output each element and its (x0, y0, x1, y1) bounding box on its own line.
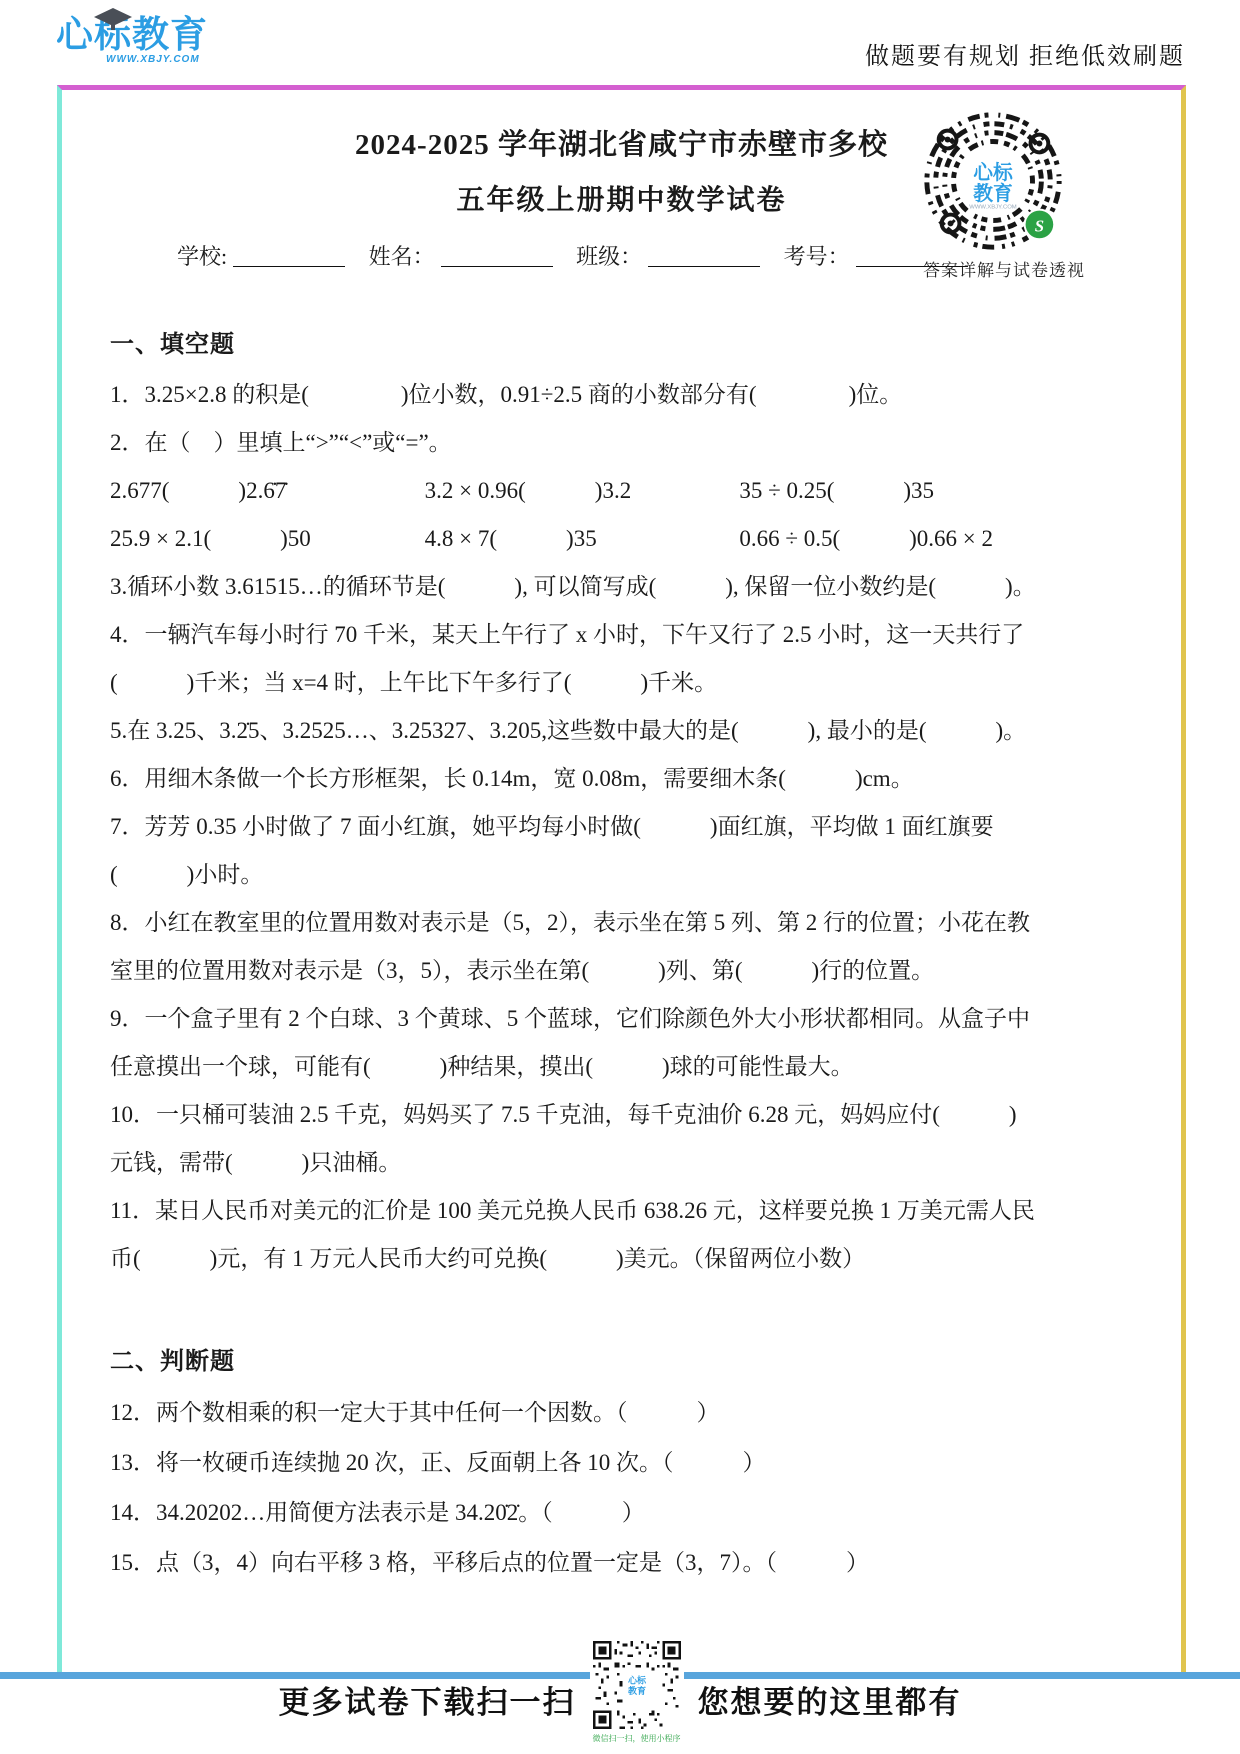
svg-text:心标: 心标 (973, 161, 1014, 184)
brand-logo-text: 心标教育 (56, 16, 276, 53)
question-8-line2: 室里的位置用数对表示是（3，5），表示坐在第( )列、第( )行的位置。 (110, 947, 1041, 995)
compare-item: 25.9 × 2.1( )50 (110, 515, 425, 563)
footer: 更多试卷下载扫一扫 心标 教育 (0, 1680, 1240, 1745)
compare-item: 2.677( )2.6̇7̇ (110, 467, 425, 515)
section-fill-heading: 一、填空题 (110, 324, 1041, 359)
compare-item: 35 ÷ 0.25( )35 (739, 467, 1041, 515)
svg-text:WWW.XBJY.COM: WWW.XBJY.COM (969, 205, 1017, 211)
question-area: 一、填空题 1．3.25×2.8 的积是( )位小数，0.91÷2.5 商的小数… (110, 324, 1041, 1588)
download-qr-code: 心标 教育 微信扫一扫，使用小程序 (590, 1640, 684, 1745)
header-slogan: 做题要有规划 拒绝低效刷题 (865, 36, 1185, 71)
brand-logo: 心标教育 WWW.XBJY.COM (56, 16, 276, 65)
question-9-line2: 任意摸出一个球，可能有( )种结果，摸出( )球的可能性最大。 (110, 1043, 1041, 1091)
svg-text:教育: 教育 (972, 182, 1013, 205)
svg-text:心标: 心标 (626, 1675, 646, 1686)
question-12: 12．两个数相乘的积一定大于其中任何一个因数。（ ） (110, 1388, 1041, 1438)
question-15: 15．点（3，4）向右平移 3 格，平移后点的位置一定是（3，7）。（ ） (110, 1538, 1041, 1588)
section-judge-heading: 二、判断题 (110, 1341, 1041, 1376)
wechat-icon: S (1024, 209, 1056, 241)
question-10-line2: 元钱，需带( )只油桶。 (110, 1139, 1041, 1187)
graduation-cap-icon (92, 7, 134, 36)
exam-page: 心标教育 WWW.XBJY.COM 做题要有规划 拒绝低效刷题 2024-202… (0, 0, 1240, 1754)
question-11-line1: 11．某日人民币对美元的汇价是 100 美元兑换人民币 638.26 元，这样要… (110, 1187, 1041, 1235)
svg-text:S: S (1035, 216, 1044, 235)
class-label: 班级： (576, 244, 642, 269)
compare-item: 3.2 × 0.96( )3.2 (425, 467, 740, 515)
question-5: 5.在 3.25、3.2̇5、3.2525…、3.25327、3.205,这些数… (110, 707, 1041, 755)
name-label: 姓名： (369, 244, 435, 269)
question-4-line2: ( )千米；当 x=4 时，上午比下午多行了( )千米。 (110, 659, 1041, 707)
question-1: 1．3.25×2.8 的积是( )位小数，0.91÷2.5 商的小数部分有( )… (110, 371, 1041, 419)
question-10-line1: 10．一只桶可装油 2.5 千克，妈妈买了 7.5 千克油，每千克油价 6.28… (110, 1091, 1041, 1139)
question-11-line2: 币( )元，有 1 万元人民币大约可兑换( )美元。（保留两位小数） (110, 1235, 1041, 1283)
compare-item: 0.66 ÷ 0.5( )0.66 × 2 (739, 515, 1041, 563)
brand-logo-url: WWW.XBJY.COM (106, 54, 276, 65)
question-9-line1: 9．一个盒子里有 2 个白球、3 个黄球、5 个蓝球，它们除颜色外大小形状都相同… (110, 995, 1041, 1043)
question-3: 3.循环小数 3.61515…的循环节是( ), 可以简写成( ), 保留一位小… (110, 563, 1041, 611)
svg-text:教育: 教育 (626, 1685, 645, 1696)
question-2-row1: 2.677( )2.6̇7̇ 3.2 × 0.96( )3.2 35 ÷ 0.2… (110, 467, 1041, 515)
question-8-line1: 8．小红在教室里的位置用数对表示是（5，2），表示坐在第 5 列、第 2 行的位… (110, 899, 1041, 947)
school-blank (233, 245, 345, 267)
name-blank (441, 245, 553, 267)
download-qr-caption: 微信扫一扫，使用小程序 (593, 1734, 681, 1744)
question-6: 6．用细木条做一个长方形框架，长 0.14m，宽 0.08m，需要细木条( )c… (110, 755, 1041, 803)
question-7-line2: ( )小时。 (110, 851, 1041, 899)
question-7-line1: 7．芳芳 0.35 小时做了 7 面小红旗，她平均每小时做( )面红旗，平均做 … (110, 803, 1041, 851)
question-13: 13．将一枚硬币连续抛 20 次，正、反面朝上各 10 次。（ ） (110, 1438, 1041, 1488)
question-2-row2: 25.9 × 2.1( )50 4.8 × 7( )35 0.66 ÷ 0.5(… (110, 515, 1041, 563)
exam-sheet: 2024-2025 学年湖北省咸宁市赤壁市多校 五年级上册期中数学试卷 心标 教 (57, 85, 1186, 1675)
question-14: 14．34.20202…用简便方法表示是 34.20̇2̇。（ ） (110, 1488, 1041, 1538)
compare-item: 4.8 × 7( )35 (425, 515, 740, 563)
exam-no-label: 考号： (784, 244, 850, 269)
exam-no-blank (856, 245, 968, 267)
question-4-line1: 4．一辆汽车每小时行 70 千米，某天上午行了 x 小时，下午又行了 2.5 小… (110, 611, 1041, 659)
student-info-line: 学校: 姓名： 班级： 考号： (177, 240, 986, 271)
class-blank (648, 245, 760, 267)
footer-right-text: 您想要的这里都有 (698, 1680, 962, 1726)
footer-left-text: 更多试卷下载扫一扫 (279, 1680, 576, 1726)
school-label: 学校: (177, 244, 227, 269)
question-2-intro: 2．在（ ）里填上“>”“<”或“=”。 (110, 419, 1041, 467)
